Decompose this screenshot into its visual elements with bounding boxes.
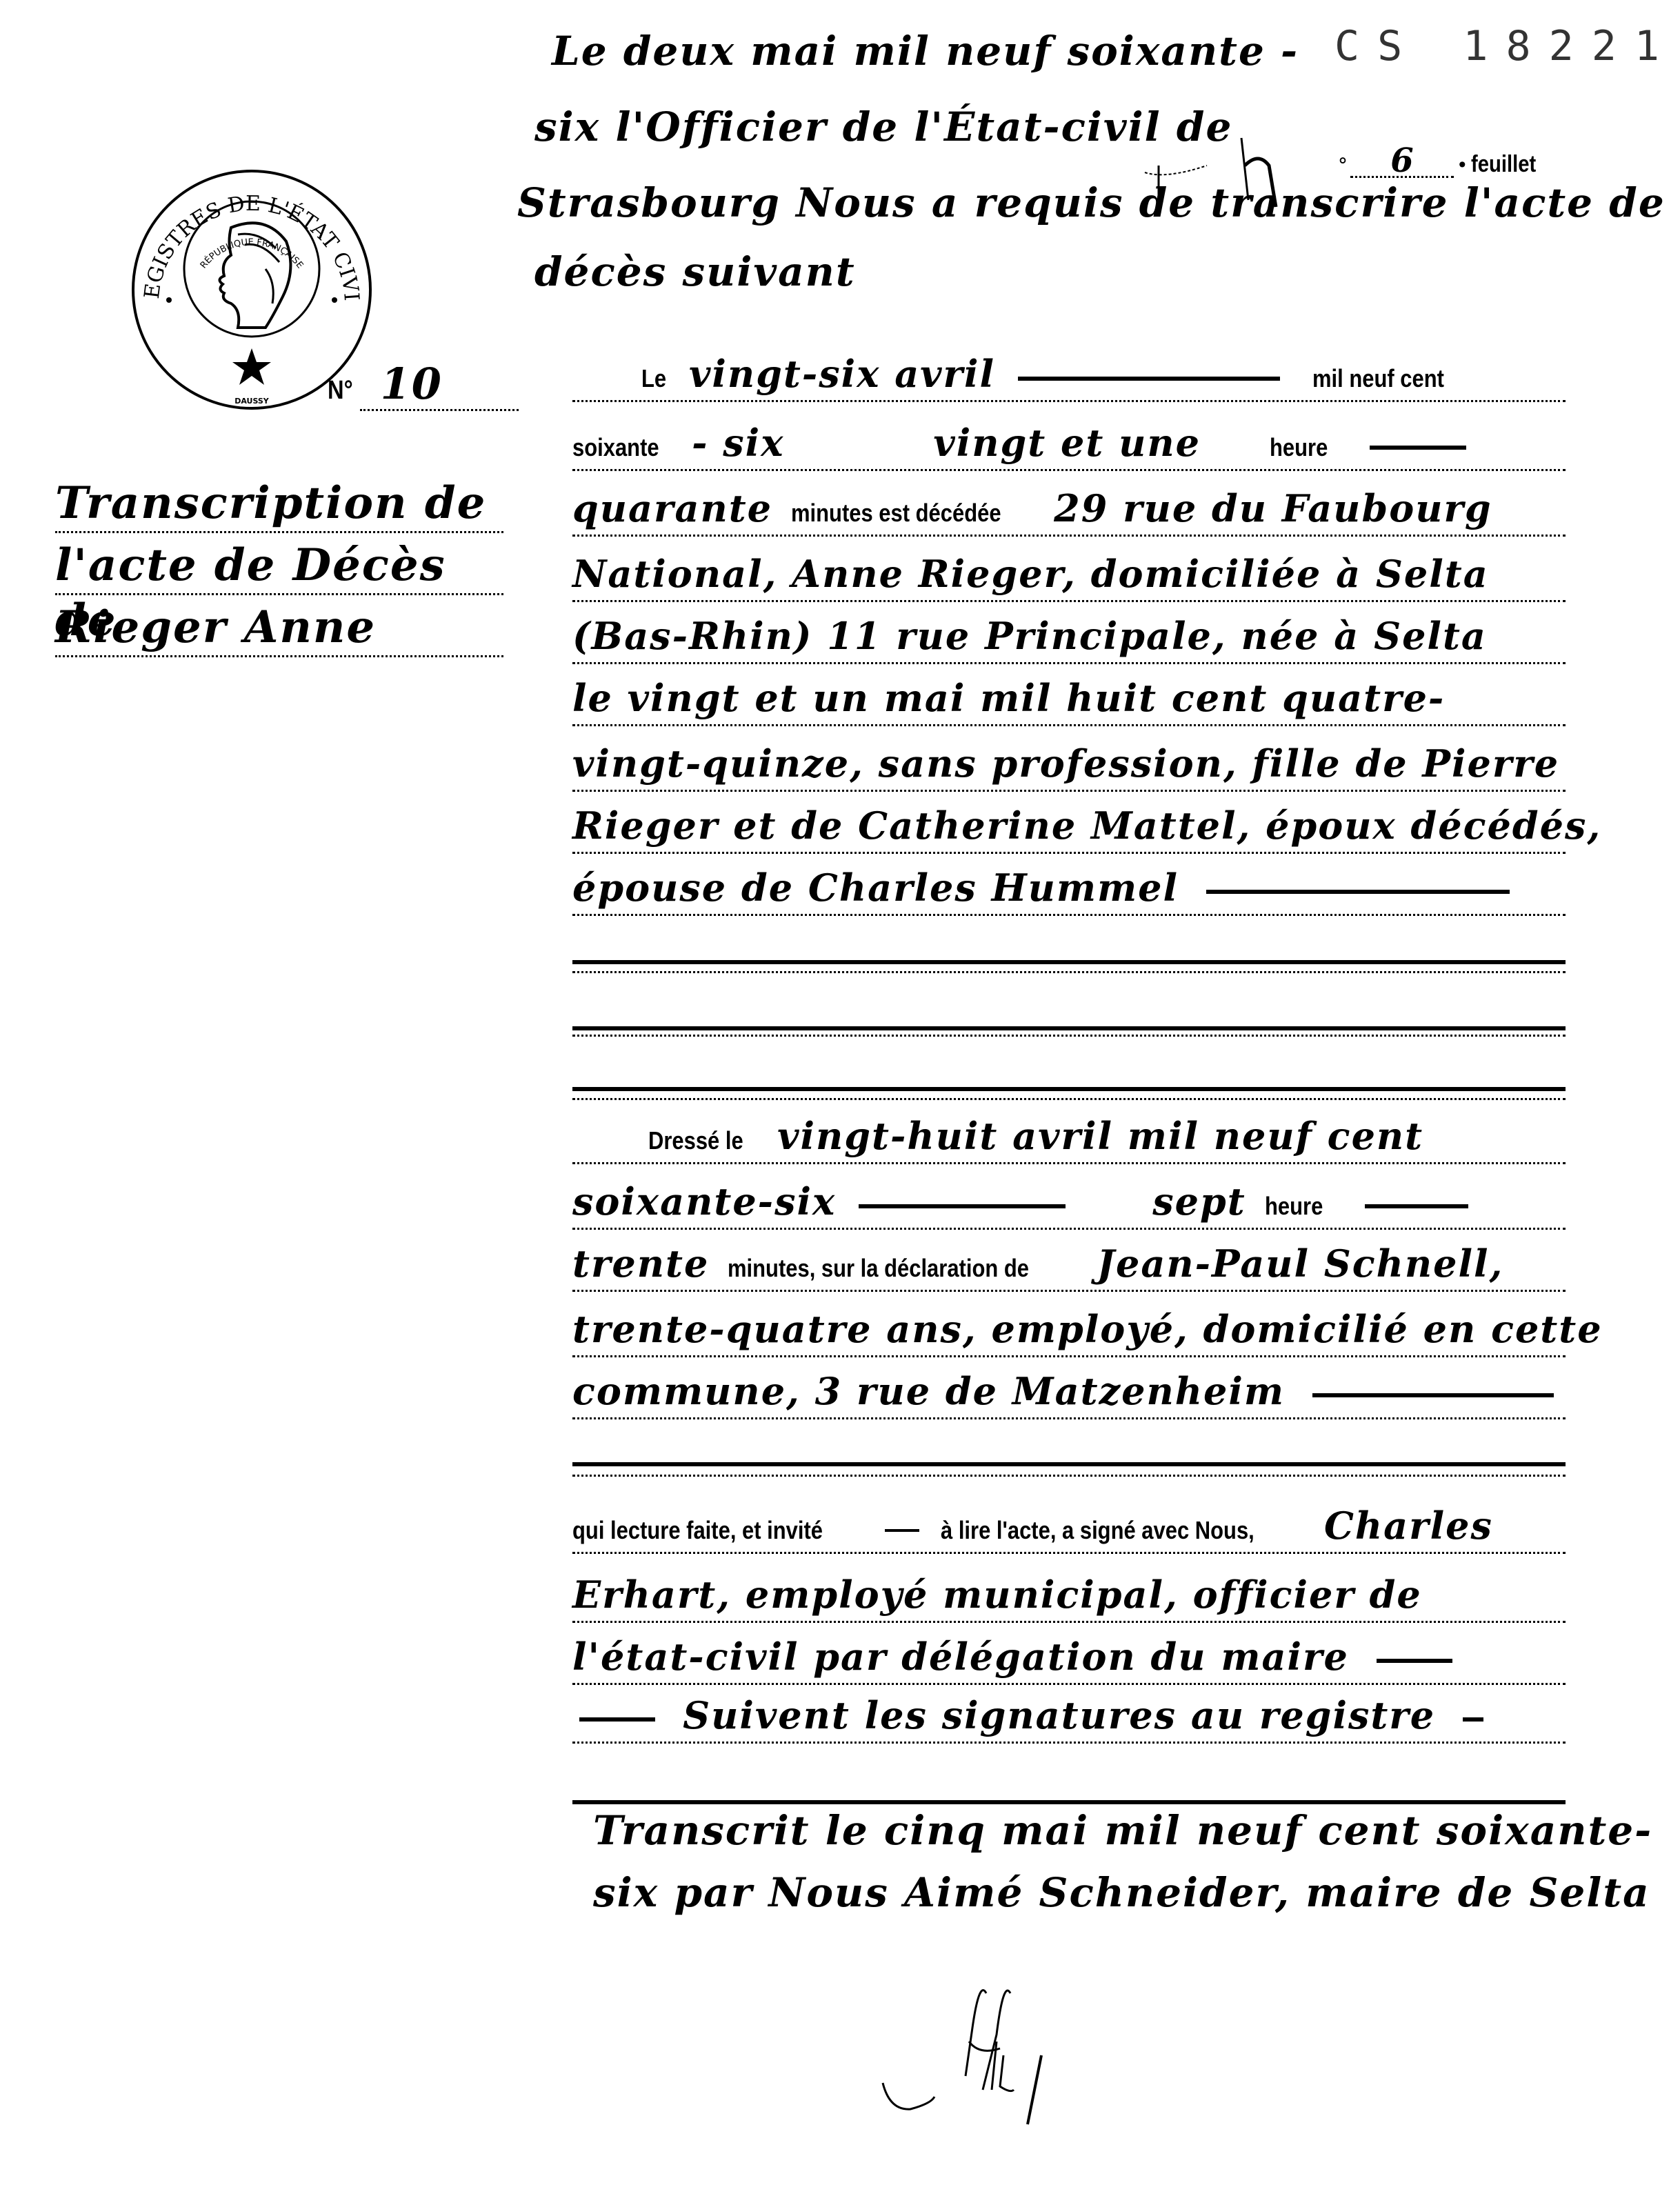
label-heure: heure <box>1270 426 1328 470</box>
feuillet-bullet: • <box>1457 154 1468 177</box>
death-record-line-4: National, Anne Rieger, domiciliée à Selt… <box>572 552 1566 602</box>
margin-note-line-2: l'acte de Décès de <box>55 538 503 595</box>
death-hour-value: vingt et une <box>933 421 1201 465</box>
signing-line-2: Erhart, employé municipal, officier de <box>572 1573 1566 1623</box>
death-record-text: vingt-quinze, sans profession, fille de … <box>572 741 1559 786</box>
footer-transcription-line-1: Transcrit le cinq mai mil neuf cent soix… <box>593 1807 1652 1854</box>
death-record-text: le vingt et un mai mil huit cent quatre- <box>572 676 1445 720</box>
signing-text: Erhart, employé municipal, officier de <box>572 1573 1422 1617</box>
death-minutes-place-line: quarante minutes est décédée 29 rue du F… <box>572 486 1566 537</box>
dotted-line <box>572 1035 1566 1037</box>
label-minutes-sur-la-declaration: minutes, sur la déclaration de <box>728 1246 1029 1290</box>
filler-dash <box>1365 1204 1468 1208</box>
death-record-line-9: épouse de Charles Hummel <box>572 866 1566 916</box>
label-mil-neuf-cent: mil neuf cent <box>1312 357 1444 401</box>
label-minutes-est-decede: minutes est décédée <box>791 491 1001 535</box>
death-year-value: - six <box>692 421 784 465</box>
filler-dash <box>1018 377 1280 381</box>
death-record-line-8: Rieger et de Catherine Mattel, époux déc… <box>572 804 1566 854</box>
feuillet-field: ° 6 • feuillet <box>1338 148 1546 178</box>
margin-note-line-3: Rieger Anne <box>55 600 503 657</box>
filler-dash <box>1370 446 1466 450</box>
strike-line <box>572 1087 1566 1091</box>
drawn-up-date-value: vingt-huit avril mil neuf cent <box>777 1114 1423 1158</box>
death-place-value: 29 rue du Faubourg <box>1054 486 1492 530</box>
footer-transcription-line-2: six par Nous Aimé Schneider, maire de Se… <box>593 1869 1650 1916</box>
feuillet-dotted-field: 6 <box>1350 148 1454 178</box>
record-number-value: 10 <box>381 359 443 409</box>
filler-dash <box>1312 1393 1554 1397</box>
filler-dash <box>579 1717 655 1722</box>
death-date-line: Le vingt-six avril mil neuf cent <box>572 352 1566 402</box>
death-record-line-6: le vingt et un mai mil huit cent quatre- <box>572 676 1566 726</box>
drawn-up-year-value: soixante-six <box>572 1179 836 1224</box>
filler-dash <box>1206 890 1510 894</box>
signing-text: l'état-civil par délégation du maire <box>572 1635 1349 1679</box>
death-record-line-7: vingt-quinze, sans profession, fille de … <box>572 741 1566 792</box>
mayor-signature-icon <box>814 1952 1062 2131</box>
feuillet-degree-mark: ° <box>1338 154 1348 177</box>
drawn-up-hour-value: sept <box>1152 1179 1246 1224</box>
drawn-up-declarant-line: trente minutes, sur la déclaration de Je… <box>572 1241 1566 1292</box>
drawn-up-text: trente-quatre ans, employé, domicilié en… <box>572 1307 1603 1351</box>
death-record-text: Rieger et de Catherine Mattel, époux déc… <box>572 804 1601 848</box>
stamp-number: CS 18221 <box>1334 22 1677 70</box>
label-heure: heure <box>1265 1184 1323 1228</box>
transcription-intro-line-2: six l'Officier de l'État-civil de <box>534 103 1232 150</box>
record-number-field: 10 <box>360 359 519 411</box>
filler-dash <box>1377 1659 1452 1663</box>
death-year-hour-line: soixante - six vingt et une heure <box>572 421 1566 471</box>
label-a-lire-l-acte: à lire l'acte, a signé avec Nous, <box>941 1508 1254 1553</box>
drawn-up-year-hour-line: soixante-six sept heure <box>572 1179 1566 1230</box>
drawn-up-line-5: commune, 3 rue de Matzenheim <box>572 1369 1566 1419</box>
strike-line <box>572 1462 1566 1466</box>
death-record-text: National, Anne Rieger, domiciliée à Selt… <box>572 552 1489 596</box>
death-minutes-value: quarante <box>572 486 772 530</box>
signing-line-4: Suivent les signatures au registre <box>572 1693 1566 1744</box>
signing-text: Suivent les signatures au registre <box>683 1693 1435 1737</box>
record-number: N° 10 <box>328 359 519 411</box>
transcription-intro-line-1: Le deux mai mil neuf soixante - <box>552 28 1299 74</box>
death-date-value: vingt-six avril <box>689 352 995 396</box>
feuillet-label: feuillet <box>1471 151 1536 178</box>
death-record-text: épouse de Charles Hummel <box>572 866 1179 910</box>
dotted-line <box>572 971 1566 973</box>
margin-note-line-1: Transcription de <box>55 476 503 533</box>
filler-dash <box>859 1204 1066 1208</box>
svg-text:DAUSSY: DAUSSY <box>234 397 270 406</box>
record-number-label: N° <box>328 376 353 406</box>
strike-line <box>572 1026 1566 1030</box>
dotted-line <box>572 1098 1566 1100</box>
strike-line <box>572 1800 1566 1804</box>
death-record-line-5: (Bas-Rhin) 11 rue Principale, née à Selt… <box>572 614 1566 664</box>
filler-dash <box>885 1529 919 1532</box>
declarant-name-value: Jean-Paul Schnell, <box>1097 1241 1503 1286</box>
dotted-line <box>572 1475 1566 1477</box>
filler-dash <box>1463 1717 1483 1722</box>
transcription-intro-line-4: décès suivant <box>534 248 856 295</box>
label-qui-lecture-faite: qui lecture faite, et invité <box>572 1508 823 1553</box>
signing-line-3: l'état-civil par délégation du maire <box>572 1635 1566 1685</box>
officer-first-name-value: Charles <box>1324 1504 1493 1548</box>
drawn-up-line-4: trente-quatre ans, employé, domicilié en… <box>572 1307 1566 1357</box>
label-soixante: soixante <box>572 426 659 470</box>
label-le: Le <box>641 357 666 401</box>
death-record-text: (Bas-Rhin) 11 rue Principale, née à Selt… <box>572 614 1487 658</box>
drawn-up-date-line: Dressé le vingt-huit avril mil neuf cent <box>572 1114 1566 1164</box>
transcription-intro-line-3: Strasbourg Nous a requis de transcrire l… <box>517 179 1666 226</box>
label-dresse-le: Dressé le <box>648 1119 743 1163</box>
drawn-up-minutes-value: trente <box>572 1241 709 1286</box>
feuillet-number: 6 <box>1390 141 1413 180</box>
signing-line: qui lecture faite, et invité à lire l'ac… <box>572 1504 1566 1554</box>
drawn-up-text: commune, 3 rue de Matzenheim <box>572 1369 1285 1413</box>
strike-line <box>572 960 1566 964</box>
